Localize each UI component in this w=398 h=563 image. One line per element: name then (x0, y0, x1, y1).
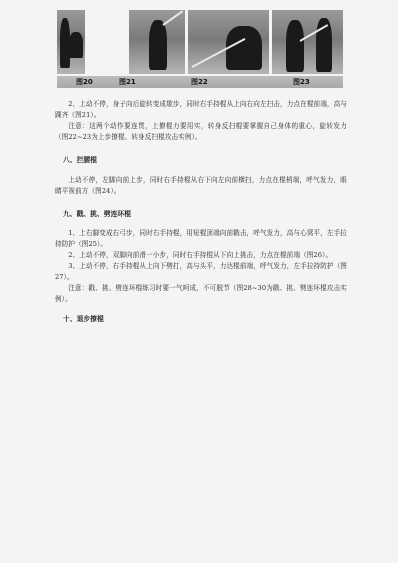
paragraph-note2: 注意：戳、挑、劈连环棍练习时要一气呵成，不可脱节（图28~30为戳、挑、劈连环棍… (55, 283, 347, 305)
caption-figure-20: 图20 (76, 77, 93, 87)
heading-section-eight: 八、拦腰棍 (63, 155, 97, 165)
paragraph-nine-3: 3、上动不停，右手持棍从上向下劈打，高与头平，力达棍前端，呼气发力，左手拉持防护… (55, 261, 347, 283)
photo-strip: 图20 图21 图22 图23 (57, 10, 343, 88)
photo-figure-21 (129, 10, 185, 74)
caption-figure-22: 图22 (191, 77, 208, 87)
section-eight: 上动不停，左脚向前上步，同时右手持棍从右下向左向前横扫，力点在棍梢端，呼气发力，… (55, 175, 347, 197)
paragraph-nine-2: 2、上动不停，双脚向前滑一小步，同时右手持棍从下向上挑击，力点在棍前端（图26）… (55, 250, 347, 261)
paragraph-eight: 上动不停，左脚向前上步，同时右手持棍从右下向左向前横扫，力点在棍梢端，呼气发力，… (55, 175, 347, 197)
paragraph-nine-1: 1、上右脚变成右弓步，同时右手持棍，用短棍顶端向前戳击，呼气发力，高与心窝平，左… (55, 228, 347, 250)
document-page: 图20 图21 图22 图23 2、上动不停，身子向后旋转变成歇步，同时右手持棍… (0, 0, 398, 563)
section-nine: 1、上右脚变成右弓步，同时右手持棍，用短棍顶端向前戳击，呼气发力，高与心窝平，左… (55, 228, 347, 305)
photo-figure-20 (57, 10, 85, 74)
paragraph-step2: 2、上动不停，身子向后旋转变成歇步，同时右手持棍从上向右向左扫击，力点在棍前端，… (55, 99, 347, 121)
heading-section-ten: 十、退步撩棍 (63, 314, 104, 324)
section-step2: 2、上动不停，身子向后旋转变成歇步，同时右手持棍从上向右向左扫击，力点在棍前端，… (55, 99, 347, 143)
photo-figure-22 (188, 10, 269, 74)
photo-figure-23 (272, 10, 343, 74)
caption-bar: 图20 图21 图22 图23 (57, 76, 343, 88)
heading-section-nine: 九、戳、挑、劈连环棍 (63, 209, 131, 219)
paragraph-note1: 注意：这两个动作要连贯，上撩棍力要用实，转身反扫棍要掌握自己身体的重心，旋转发力… (55, 121, 347, 143)
caption-figure-21: 图21 (119, 77, 136, 87)
caption-figure-23: 图23 (293, 77, 310, 87)
